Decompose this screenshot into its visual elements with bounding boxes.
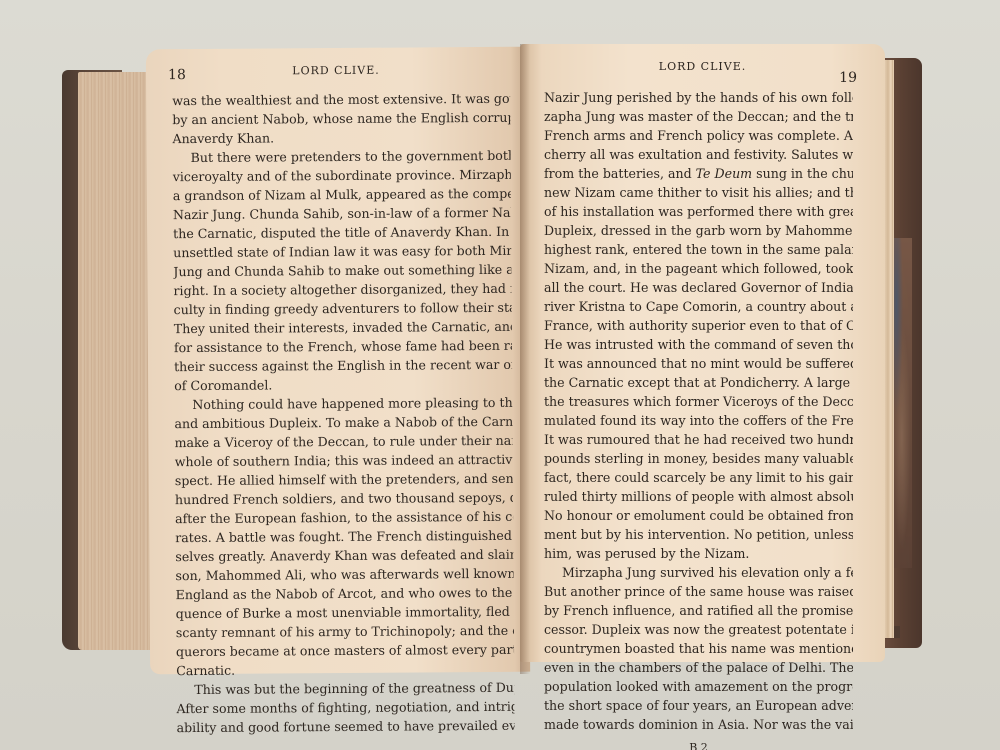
text-line: the Carnatic, disputed the title of Anav… [173, 222, 511, 243]
text-line: from the batteries, and Te Deum sung in … [544, 164, 853, 183]
text-line: They united their interests, invaded the… [174, 317, 512, 338]
text-line: England as the Nabob of Arcot, and who o… [176, 583, 514, 604]
text-line: quence of Burke a most unenviable immort… [176, 602, 514, 623]
text-line: whole of southern India; this was indeed… [175, 450, 513, 471]
text-line: Anaverdy Khan. [172, 127, 510, 148]
text-line: all the court. He was declared Governor … [544, 278, 853, 297]
text-line: ruled thirty millions of people with alm… [544, 487, 853, 506]
left-page-text: was the wealthiest and the most extensiv… [172, 89, 515, 737]
text-line: viceroyalty and of the subordinate provi… [173, 165, 511, 186]
text-line: pounds sterling in money, besides many v… [544, 449, 853, 468]
running-title-right: LORD CLIVE. [520, 60, 885, 73]
text-line: But another prince of the same house was… [544, 582, 853, 601]
page-number-right: 19 [839, 70, 857, 86]
text-line: him, was perused by the Nizam. [544, 544, 853, 563]
text-line: the Carnatic except that at Pondicherry.… [544, 373, 853, 392]
text-line: unsettled state of Indian law it was eas… [173, 241, 511, 262]
text-line: fact, there could scarcely be any limit … [544, 468, 853, 487]
text-line: the short space of four years, an Europe… [544, 696, 853, 715]
text-line: This was but the beginning of the greatn… [176, 678, 514, 699]
text-line: population looked with amazement on the … [544, 677, 853, 696]
text-line: It was rumoured that he had received two… [544, 430, 853, 449]
text-line: river Kristna to Cape Comorin, a country… [544, 297, 853, 316]
left-page-header: 18 LORD CLIVE. [146, 61, 526, 84]
text-line: a grandson of Nizam al Mulk, appeared as… [173, 184, 511, 205]
text-line: countrymen boasted that his name was men… [544, 639, 853, 658]
text-line: spect. He allied himself with the preten… [175, 469, 513, 490]
text-line: ment but by his intervention. No petitio… [544, 525, 853, 544]
text-line: rates. A battle was fought. The French d… [175, 526, 513, 547]
text-line: even in the chambers of the palace of De… [544, 658, 853, 677]
text-line: France, with authority superior even to … [544, 316, 853, 335]
text-line: by French influence, and ratified all th… [544, 601, 853, 620]
text-line: No honour or emolument could be obtained… [544, 506, 853, 525]
text-line: culty in finding greedy adventurers to f… [174, 298, 512, 319]
text-line: zapha Jung was master of the Deccan; and… [544, 107, 853, 126]
text-line: new Nizam came thither to visit his alli… [544, 183, 853, 202]
text-line: make a Viceroy of the Deccan, to rule un… [175, 431, 513, 452]
text-line: for assistance to the French, whose fame… [174, 336, 512, 357]
right-page-header: LORD CLIVE. 19 [520, 58, 885, 78]
text-line: son, Mahommed Ali, who was afterwards we… [175, 564, 513, 585]
text-line: of his installation was performed there … [544, 202, 853, 221]
text-line: ability and good fortune seemed to have … [176, 716, 514, 737]
text-line: by an ancient Nabob, whose name the Engl… [172, 108, 510, 129]
text-line: cherry all was exultation and festivity.… [544, 145, 853, 164]
photo-scene: 18 LORD CLIVE. was the wealthiest and th… [0, 0, 1000, 750]
text-line: the treasures which former Viceroys of t… [544, 392, 853, 411]
text-line: mulated found its way into the coffers o… [544, 411, 853, 430]
text-line: querors became at once masters of almost… [176, 640, 514, 661]
text-line: Nazir Jung perished by the hands of his … [544, 88, 853, 107]
text-line: Mirzapha Jung survived his elevation onl… [544, 563, 853, 582]
text-line: Dupleix, dressed in the garb worn by Mah… [544, 221, 853, 240]
right-page-text: Nazir Jung perished by the hands of his … [544, 88, 853, 750]
text-line: Nizam, and, in the pageant which followe… [544, 259, 853, 278]
text-line: and ambitious Dupleix. To make a Nabob o… [174, 412, 512, 433]
text-line: He was intrusted with the command of sev… [544, 335, 853, 354]
text-line: Nazir Jung. Chunda Sahib, son-in-law of … [173, 203, 511, 224]
text-line: right. In a society altogether disorgani… [173, 279, 511, 300]
text-line: hundred French soldiers, and two thousan… [175, 488, 513, 509]
right-page: LORD CLIVE. 19 Nazir Jung perished by th… [520, 44, 885, 662]
running-title-left: LORD CLIVE. [146, 63, 526, 79]
text-line: But there were pretenders to the governm… [173, 146, 511, 167]
page-block-left [78, 72, 150, 650]
text-line: was the wealthiest and the most extensiv… [172, 89, 510, 110]
text-line: Jung and Chunda Sahib to make out someth… [173, 260, 511, 281]
text-line: of Coromandel. [174, 374, 512, 395]
text-line: Carnatic. [176, 659, 514, 680]
text-line: their success against the English in the… [174, 355, 512, 376]
left-page: 18 LORD CLIVE. was the wealthiest and th… [146, 47, 530, 675]
text-line: cessor. Dupleix was now the greatest pot… [544, 620, 853, 639]
text-line: French arms and French policy was comple… [544, 126, 853, 145]
text-line: It was announced that no mint would be s… [544, 354, 853, 373]
signature-mark: B 2 [544, 738, 853, 750]
text-line: scanty remnant of his army to Trichinopo… [176, 621, 514, 642]
text-line: after the European fashion, to the assis… [175, 507, 513, 528]
text-line: made towards dominion in Asia. Nor was t… [544, 715, 853, 734]
text-line: After some months of fighting, negotiati… [176, 697, 514, 718]
text-line: highest rank, entered the town in the sa… [544, 240, 853, 259]
text-line: Nothing could have happened more pleasin… [174, 393, 512, 414]
book-gutter [520, 44, 530, 674]
text-line: selves greatly. Anaverdy Khan was defeat… [175, 545, 513, 566]
